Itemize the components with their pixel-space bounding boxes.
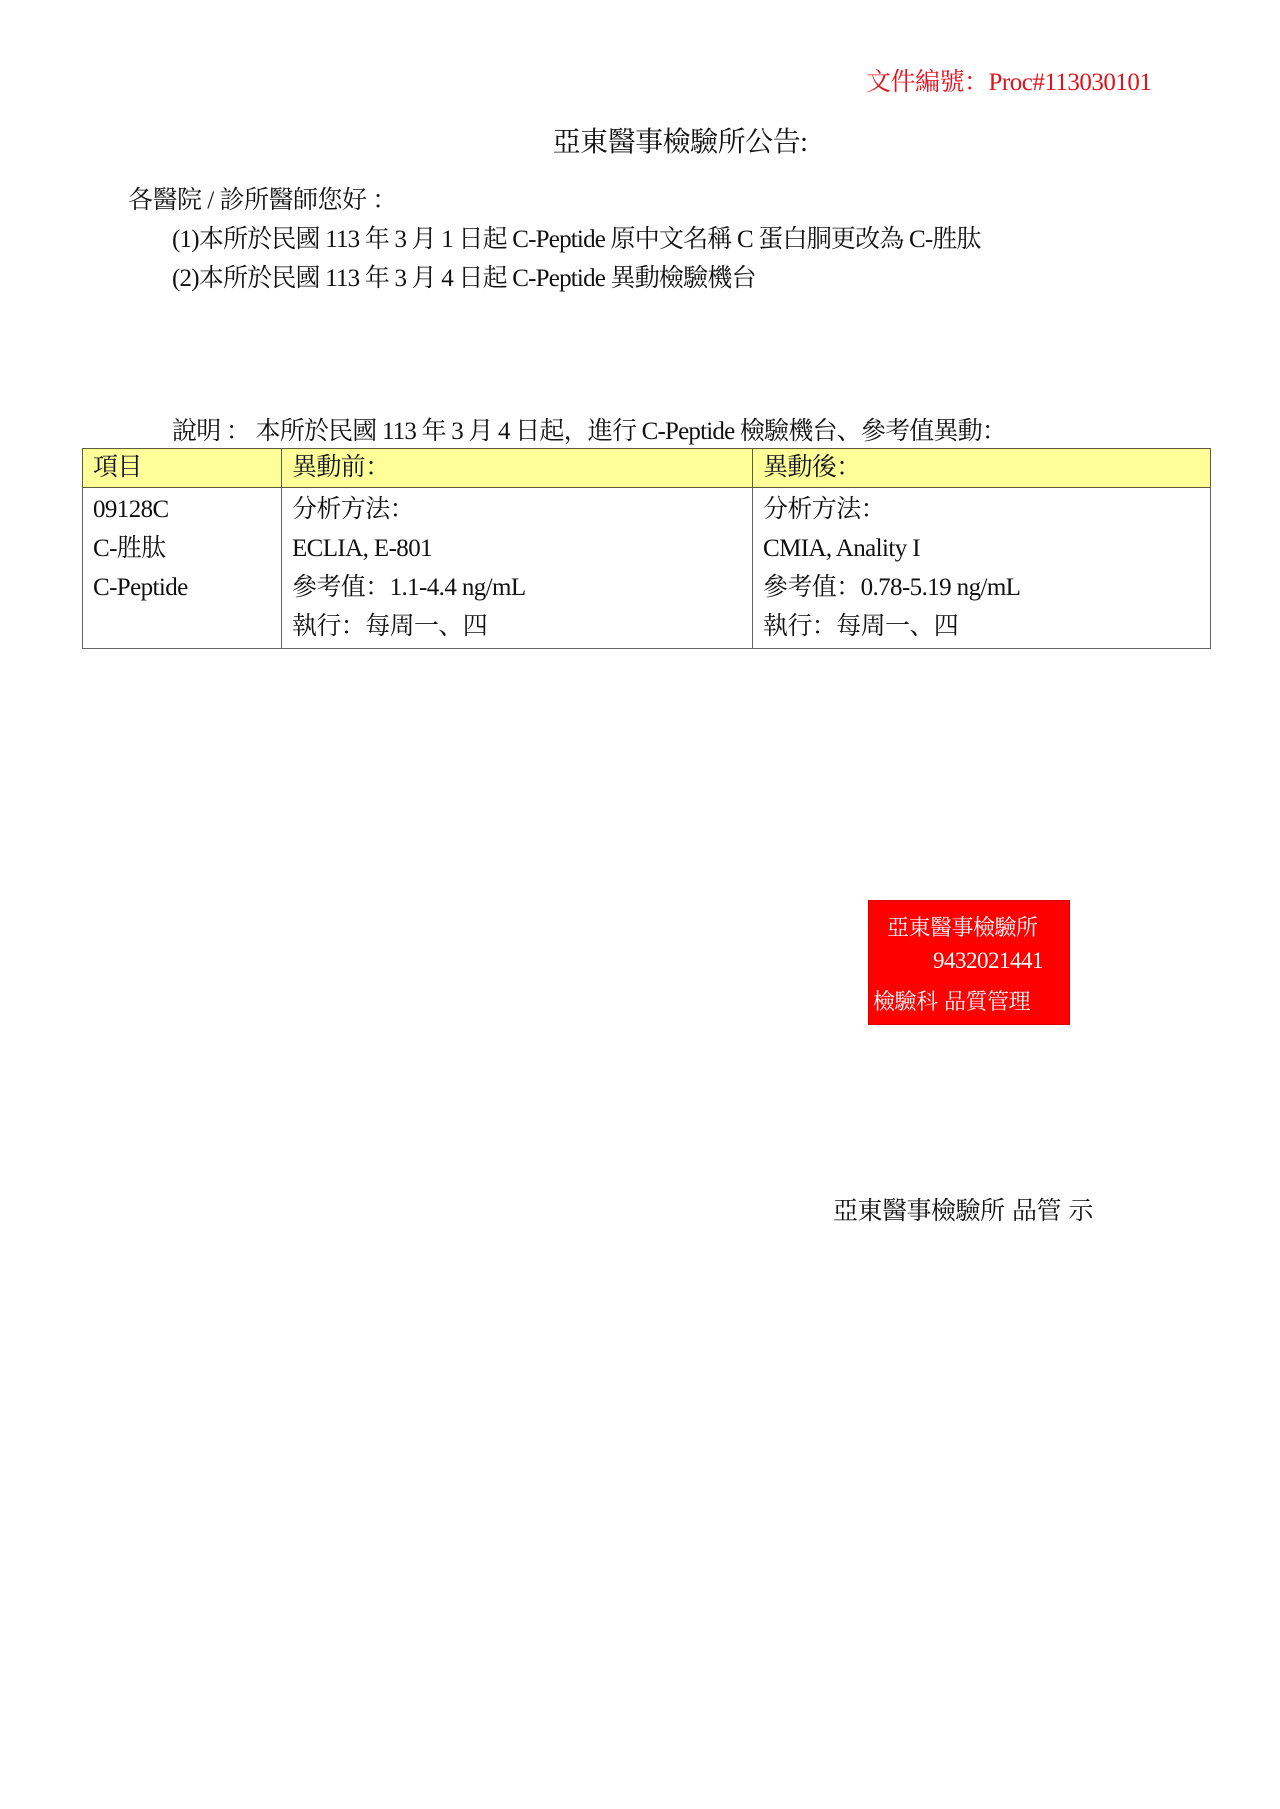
cell-before: 分析方法： ECLIA, E-801 參考值：1.1-4.4 ng/mL 執行：… xyxy=(282,488,753,649)
notice-item-2: (2)本所於民國 113 年 3 月 4 日起 C-Peptide 異動檢驗機台 xyxy=(172,258,756,294)
item-name-zh: C-胜肽 xyxy=(93,529,271,568)
header-after: 異動後： xyxy=(753,449,1211,488)
notice-item-1: (1)本所於民國 113 年 3 月 1 日起 C-Peptide 原中文名稱 … xyxy=(172,219,981,255)
header-item: 項目 xyxy=(83,449,282,488)
before-reference-range: 參考值：1.1-4.4 ng/mL xyxy=(292,568,742,607)
stamp-org-name: 亞東醫事檢驗所 xyxy=(887,911,1038,942)
document-number: 文件編號：Proc#113030101 xyxy=(866,62,1151,98)
cell-after: 分析方法： CMIA, Anality I 參考值：0.78-5.19 ng/m… xyxy=(753,488,1211,649)
page-title: 亞東醫事檢驗所公告: xyxy=(0,120,1280,160)
official-stamp: 亞東醫事檢驗所 9432021441 檢驗科 品質管理 xyxy=(868,900,1070,1025)
before-method-value: ECLIA, E-801 xyxy=(292,529,742,568)
after-method-value: CMIA, Anality I xyxy=(763,529,1200,568)
after-schedule: 執行：每周一、四 xyxy=(763,607,1200,646)
explanation-text: 說明 ： 本所於民國 113 年 3 月 4 日起，進行 C-Peptide 檢… xyxy=(172,411,1006,447)
stamp-number: 9432021441 xyxy=(933,948,1043,974)
change-table: 項目 異動前： 異動後： 09128C C-胜肽 C-Peptide 分析方法：… xyxy=(82,448,1211,649)
after-reference-range: 參考值：0.78-5.19 ng/mL xyxy=(763,568,1200,607)
table-header-row: 項目 異動前： 異動後： xyxy=(83,449,1211,488)
table-row: 09128C C-胜肽 C-Peptide 分析方法： ECLIA, E-801… xyxy=(83,488,1211,649)
header-before: 異動前： xyxy=(282,449,753,488)
item-name-en: C-Peptide xyxy=(93,568,271,607)
before-schedule: 執行：每周一、四 xyxy=(292,607,742,646)
item-code: 09128C xyxy=(93,490,271,529)
before-method-label: 分析方法： xyxy=(292,490,742,529)
signature: 亞東醫事檢驗所 品管 示 xyxy=(833,1191,1093,1227)
stamp-department: 檢驗科 品質管理 xyxy=(873,985,1030,1016)
cell-item: 09128C C-胜肽 C-Peptide xyxy=(83,488,282,649)
after-method-label: 分析方法： xyxy=(763,490,1200,529)
greeting: 各醫院 / 診所醫師您好 ： xyxy=(128,180,397,216)
